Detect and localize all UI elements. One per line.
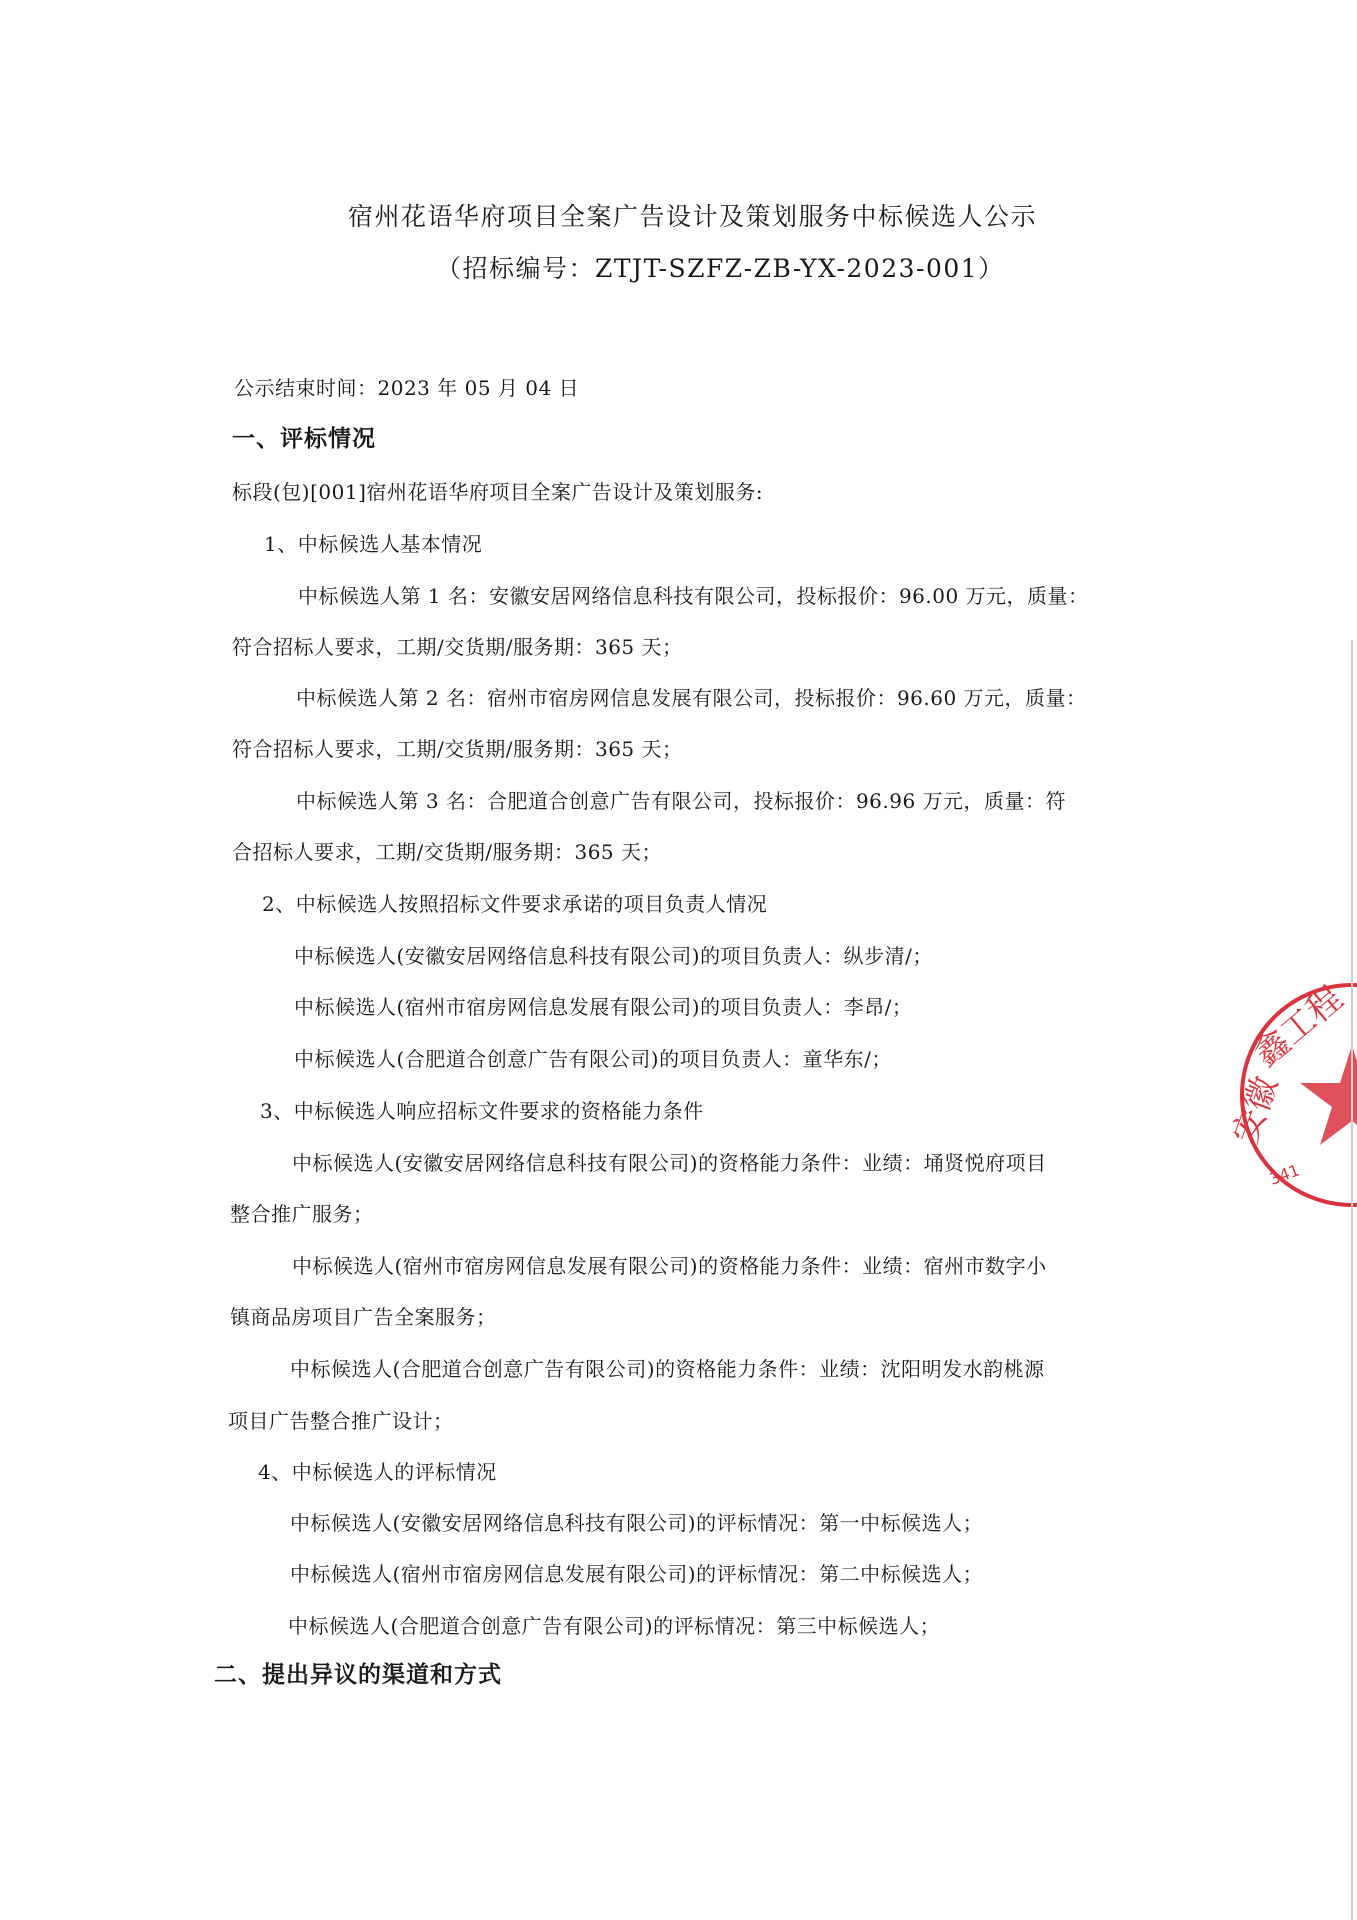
candidate-1-manager: 中标候选人(安徽安居网络信息科技有限公司)的项目负责人：纵步清/； xyxy=(294,942,933,970)
lot-title: 标段(包)[001]宿州花语华府项目全案广告设计及策划服务: xyxy=(232,478,763,506)
section2-heading: 二、提出异议的渠道和方式 xyxy=(214,1661,502,1689)
candidate-2-qual-line2: 镇商品房项目广告全案服务； xyxy=(230,1303,497,1331)
sub4-heading: 4、中标候选人的评标情况 xyxy=(258,1458,497,1486)
candidate-2-manager: 中标候选人(宿州市宿房网信息发展有限公司)的项目负责人：李昂/； xyxy=(294,993,912,1021)
official-seal-icon: 341 安徽 鑫工程 xyxy=(1232,975,1357,1215)
candidate-1-basic-line1: 中标候选人第 1 名：安徽安居网络信息科技有限公司，投标报价：96.00 万元，… xyxy=(298,582,1089,610)
candidate-1-qual-line2: 整合推广服务； xyxy=(230,1200,374,1228)
candidate-1-basic-line2: 符合招标人要求，工期/交货期/服务期：365 天； xyxy=(232,633,683,661)
svg-text:安徽: 安徽 xyxy=(1232,1071,1286,1149)
candidate-2-qual-line1: 中标候选人(宿州市宿房网信息发展有限公司)的资格能力条件：业绩：宿州市数字小 xyxy=(292,1252,1047,1280)
candidate-3-evaluation: 中标候选人(合肥道合创意广告有限公司)的评标情况：第三中标候选人； xyxy=(288,1612,940,1640)
sub3-heading: 3、中标候选人响应招标文件要求的资格能力条件 xyxy=(260,1097,704,1125)
candidate-3-qual-line1: 中标候选人(合肥道合创意广告有限公司)的资格能力条件：业绩：沈阳明发水韵桃源 xyxy=(290,1355,1045,1383)
candidate-3-qual-line2: 项目广告整合推广设计； xyxy=(228,1407,454,1435)
candidate-1-qual-line1: 中标候选人(安徽安居网络信息科技有限公司)的资格能力条件：业绩：埇贤悦府项目 xyxy=(292,1149,1047,1177)
page-edge-line xyxy=(1351,640,1353,1920)
candidate-3-basic-line1: 中标候选人第 3 名：合肥道合创意广告有限公司，投标报价：96.96 万元，质量… xyxy=(296,787,1066,815)
candidate-3-manager: 中标候选人(合肥道合创意广告有限公司)的项目负责人：童华东/； xyxy=(294,1045,892,1073)
candidate-1-evaluation: 中标候选人(安徽安居网络信息科技有限公司)的评标情况：第一中标候选人； xyxy=(290,1509,983,1537)
document-title: 宿州花语华府项目全案广告设计及策划服务中标候选人公示 xyxy=(348,203,1037,231)
svg-text:341: 341 xyxy=(1267,1160,1302,1188)
candidate-2-evaluation: 中标候选人(宿州市宿房网信息发展有限公司)的评标情况：第二中标候选人； xyxy=(290,1560,983,1588)
sub2-heading: 2、中标候选人按照招标文件要求承诺的项目负责人情况 xyxy=(262,890,767,918)
sub1-heading: 1、中标候选人基本情况 xyxy=(264,530,482,558)
candidate-2-basic-line2: 符合招标人要求，工期/交货期/服务期：365 天； xyxy=(232,735,683,763)
candidate-3-basic-line2: 合招标人要求，工期/交货期/服务期：365 天； xyxy=(232,838,662,866)
candidate-2-basic-line1: 中标候选人第 2 名：宿州市宿房网信息发展有限公司，投标报价：96.60 万元，… xyxy=(296,684,1087,712)
bid-number: （招标编号：ZTJT-SZFZ-ZB-YX-2023-001） xyxy=(436,255,1005,283)
section1-heading: 一、评标情况 xyxy=(232,425,376,453)
svg-text:鑫工程: 鑫工程 xyxy=(1247,979,1351,1075)
publicity-end-time: 公示结束时间：2023 年 05 月 04 日 xyxy=(234,374,579,402)
